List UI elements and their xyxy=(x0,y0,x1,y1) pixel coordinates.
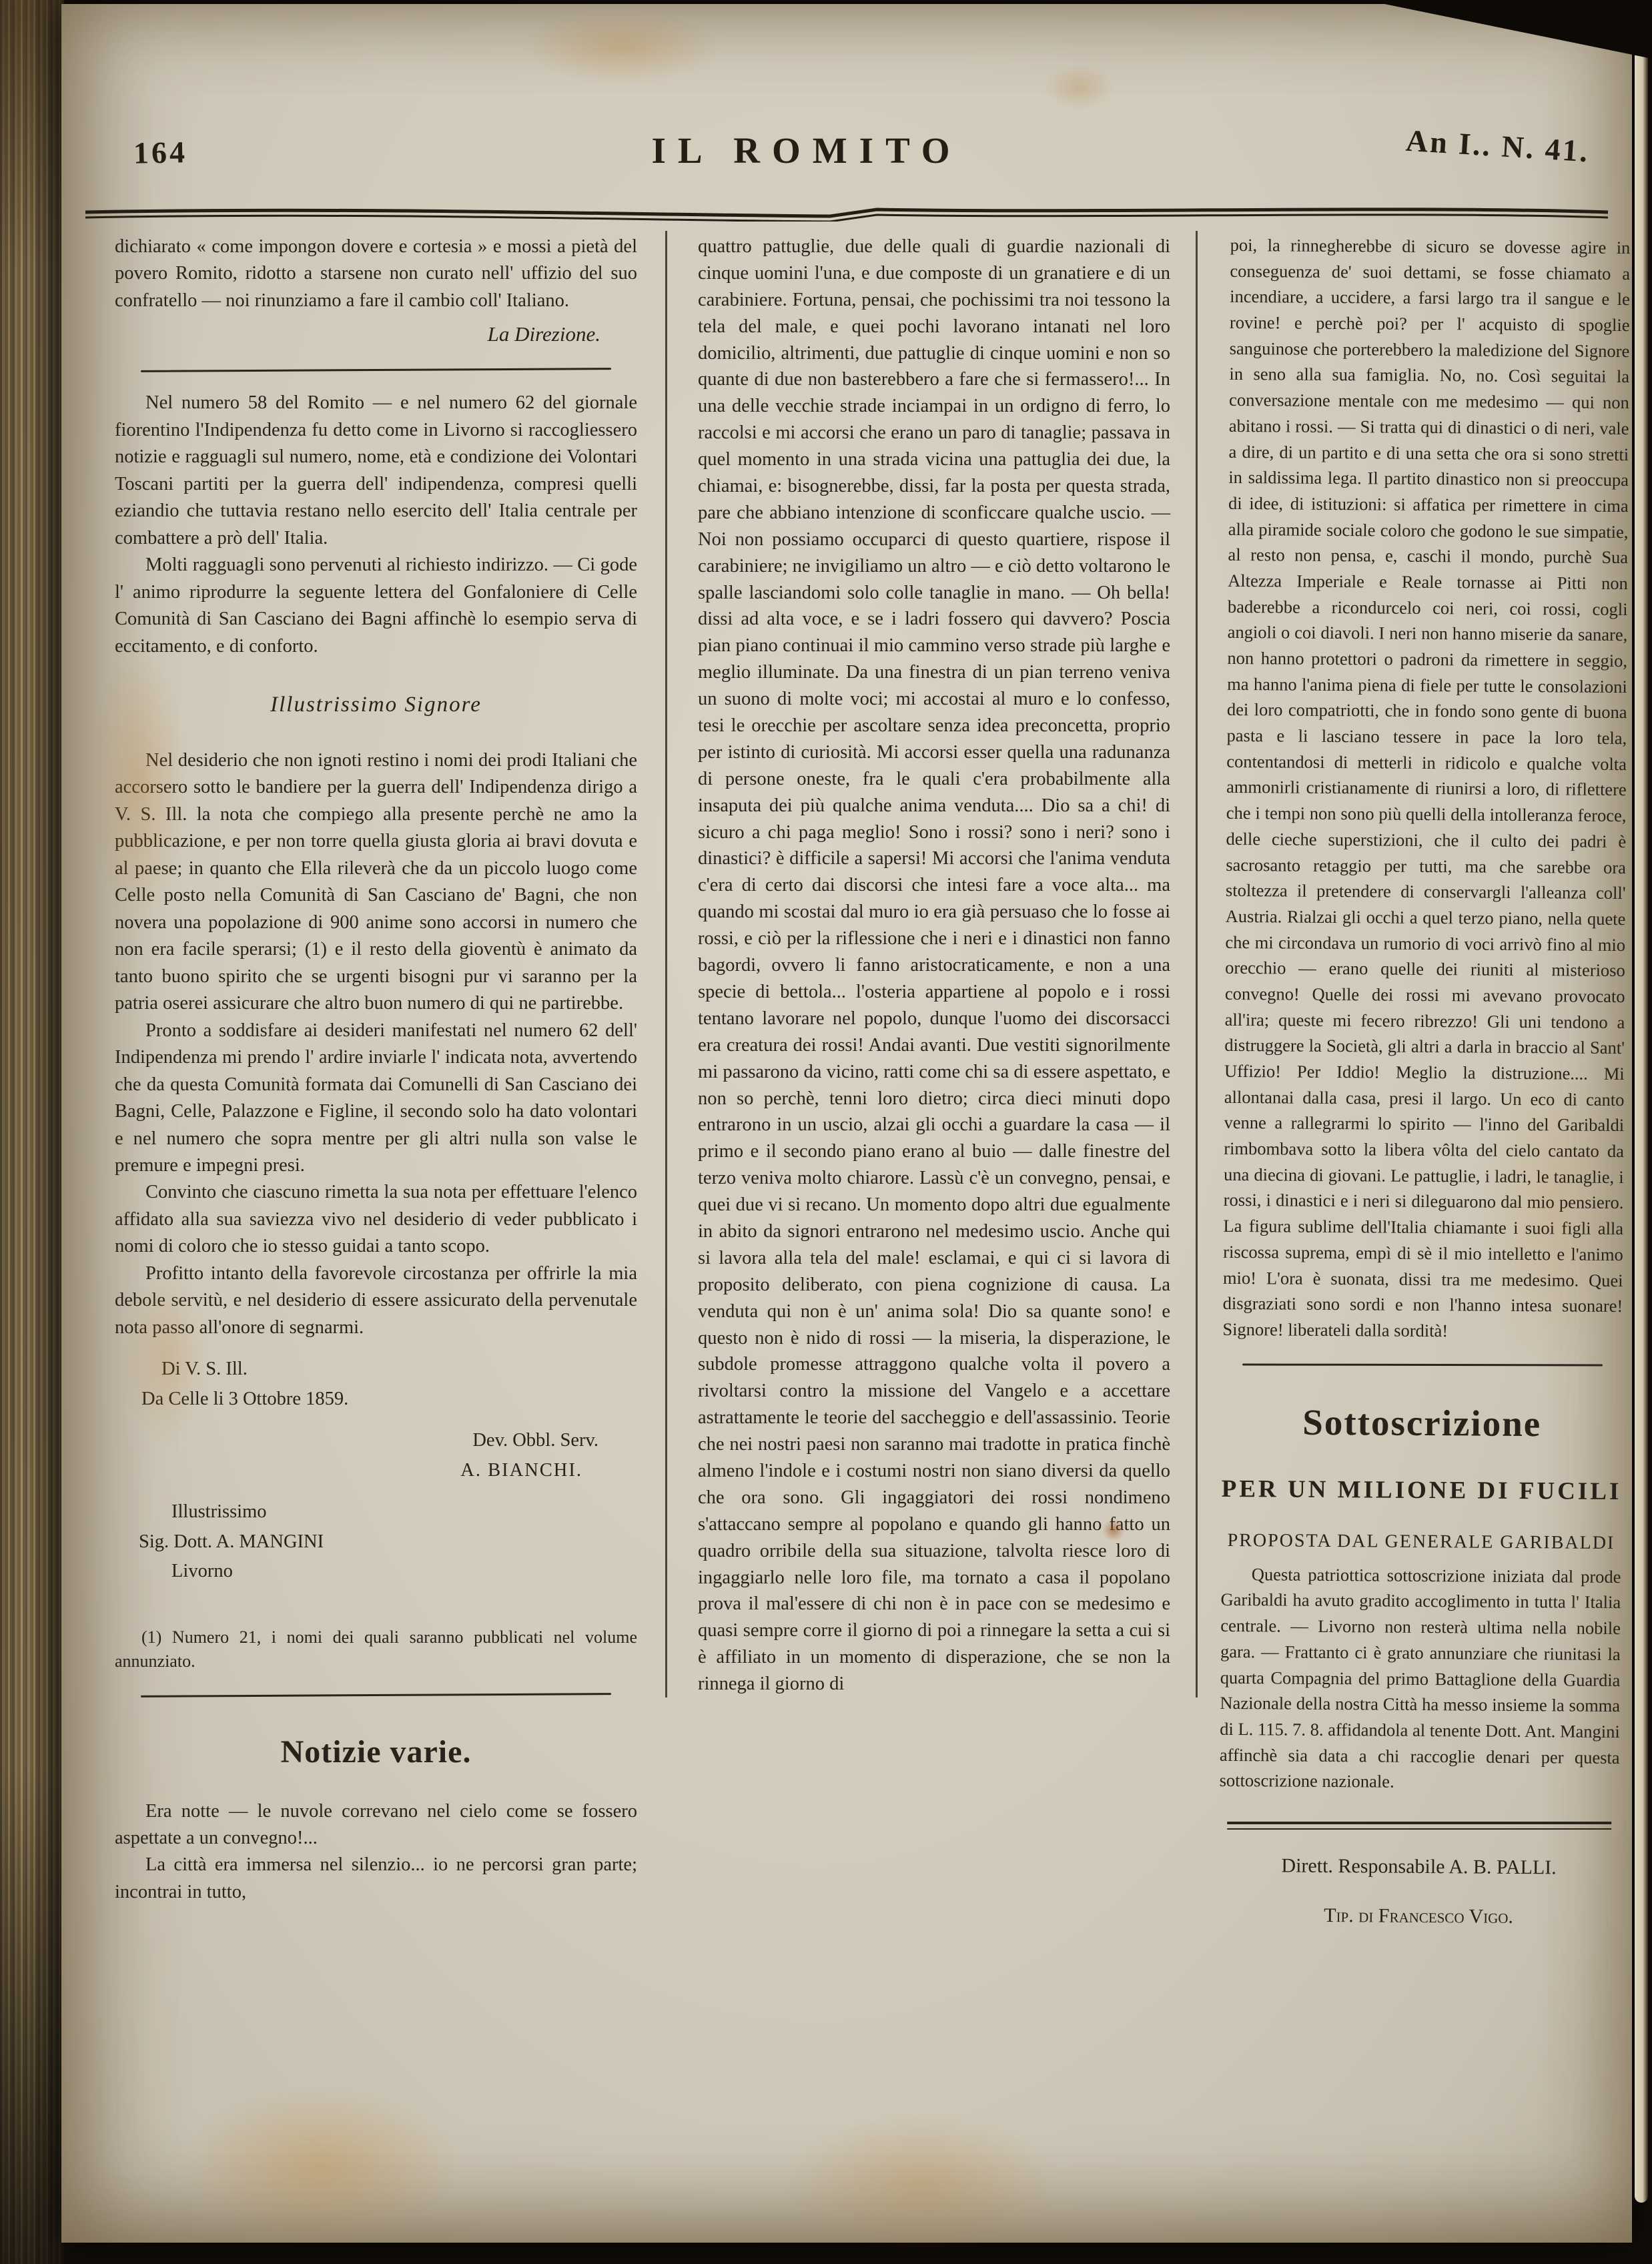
footnote: (1) Numero 21, i nomi dei quali saranno … xyxy=(115,1625,637,1675)
signature-direzione: La Direzione. xyxy=(115,320,637,349)
section-heading-sottoscrizione: Sottoscrizione xyxy=(1222,1395,1622,1451)
imprint-director: Dirett. Responsabile A. B. PALLI. xyxy=(1219,1851,1619,1883)
section-heading-notizie-varie: Notizie varie. xyxy=(115,1730,637,1775)
paragraph: poi, la rinnegherebbe di sicuro se doves… xyxy=(1222,232,1630,1345)
paragraph: Era notte — le nuvole correvano nel ciel… xyxy=(115,1798,637,1852)
paragraph: La città era immersa nel silenzio... io … xyxy=(115,1852,637,1906)
stain xyxy=(181,2086,462,2246)
letter-dateline: Da Celle li 3 Ottobre 1859. xyxy=(141,1386,637,1413)
section-subheading-fucili: PER UN MILIONE DI FUCILI xyxy=(1222,1471,1622,1510)
newspaper-photo: 164 IL ROMITO An I.. N. 41. dichiarato «… xyxy=(0,0,1652,2264)
columns: dichiarato « come impongon dovere e cort… xyxy=(61,231,1632,1931)
addressee-city: Livorno xyxy=(171,1558,637,1585)
column-2: quattro pattuglie, due delle quali di gu… xyxy=(665,231,1198,1697)
section-rule xyxy=(141,368,611,373)
letter-valediction: Dev. Obbl. Serv. xyxy=(115,1427,637,1454)
paragraph: Pronto a soddisfare ai desideri manifest… xyxy=(115,1018,637,1180)
section-subheading-proposta: PROPOSTA DAL GENERALE GARIBALDI xyxy=(1221,1527,1621,1557)
paragraph: Nel numero 58 del Romito — e nel numero … xyxy=(115,390,637,552)
book-binding-edge xyxy=(0,0,64,2264)
paragraph: Profitto intanto della favorevole circos… xyxy=(115,1260,637,1341)
paragraph: Convinto che ciascuno rimetta la sua not… xyxy=(115,1179,637,1260)
paragraph: Questa patriottica sottoscrizione inizia… xyxy=(1220,1561,1621,1796)
column-1: dichiarato « come impongon dovere e cort… xyxy=(61,231,665,1906)
footer-double-rule xyxy=(1227,1822,1611,1830)
section-rule xyxy=(141,1693,611,1698)
letter-salutation: Illustrissimo Signore xyxy=(115,689,637,721)
page-header: 164 IL ROMITO An I.. N. 41. xyxy=(61,4,1632,204)
paragraph: Nel desiderio che non ignoti restino i n… xyxy=(115,747,637,1018)
letter-signature: A. BIANCHI. xyxy=(115,1457,637,1484)
masthead-double-rule xyxy=(83,204,1611,222)
newspaper-page: 164 IL ROMITO An I.. N. 41. dichiarato «… xyxy=(61,4,1632,2243)
paragraph: quattro pattuglie, due delle quali di gu… xyxy=(698,234,1170,1697)
addressee-name: Sig. Dott. A. MANGINI xyxy=(139,1529,637,1555)
imprint-printer: Tip. di Francesco Vigo. xyxy=(1218,1900,1619,1932)
masthead-title: IL ROMITO xyxy=(61,129,1552,171)
paragraph: dichiarato « come impongon dovere e cort… xyxy=(115,234,637,314)
section-rule xyxy=(1242,1363,1603,1366)
page-fore-edge xyxy=(1635,7,1648,2203)
paragraph: Molti ragguagli sono pervenuti al richie… xyxy=(115,552,637,660)
addressee-title: Illustrissimo xyxy=(171,1499,637,1525)
column-3: poi, la rinnegherebbe di sicuro se doves… xyxy=(1192,230,1652,1932)
stain xyxy=(782,2113,1062,2253)
letter-closing: Di V. S. Ill. xyxy=(161,1356,637,1383)
